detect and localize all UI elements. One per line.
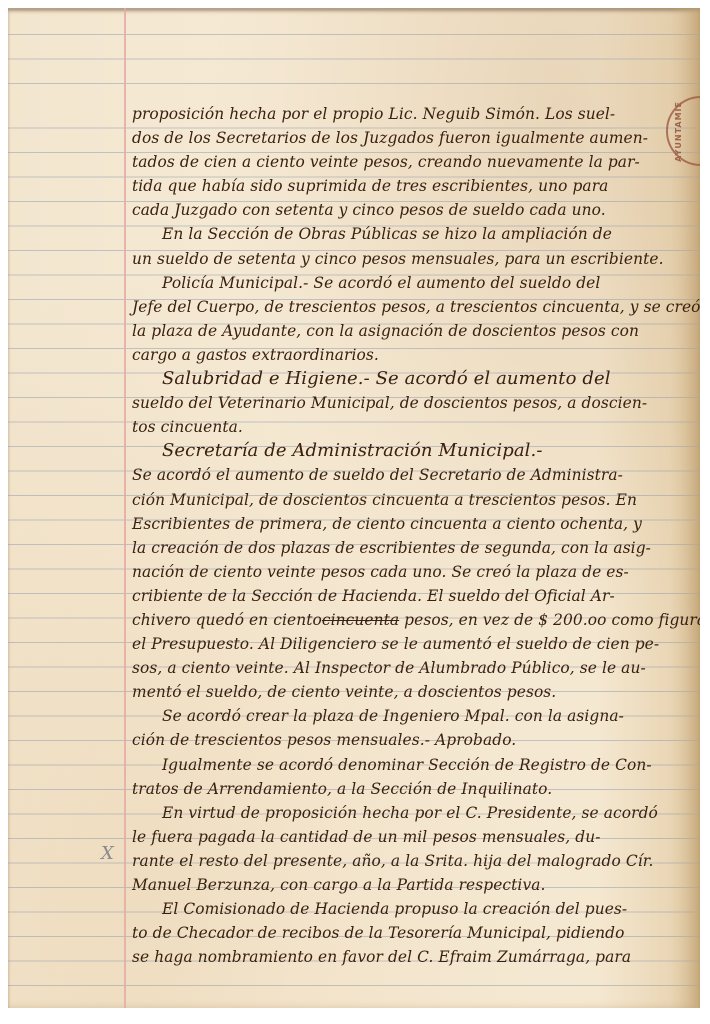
section-heading-secretaria: Secretaría de Administración Municipal.- (132, 439, 692, 463)
margin-x-mark: X (101, 843, 114, 864)
text-line: to de Checador de recibos de la Tesorerí… (132, 921, 692, 945)
text-line: proposición hecha por el propio Lic. Neg… (132, 102, 692, 126)
text-line: Se acordó el aumento de sueldo del Secre… (132, 463, 692, 487)
text-line: El Comisionado de Hacienda propuso la cr… (132, 897, 692, 921)
text-line: el Presupuesto. Al Diligenciero se le au… (132, 632, 692, 656)
text-line: cribiente de la Sección de Hacienda. El … (132, 584, 692, 608)
text-line: En la Sección de Obras Públicas se hizo … (132, 222, 692, 246)
margin-rule (124, 8, 126, 1008)
text-line: Se acordó crear la plaza de Ingeniero Mp… (132, 704, 692, 728)
handwritten-text: proposición hecha por el propio Lic. Neg… (132, 102, 692, 969)
text-line: mentó el sueldo, de ciento veinte, a dos… (132, 680, 692, 704)
text-line: ción Municipal, de doscientos cincuenta … (132, 488, 692, 512)
text-line: nación de ciento veinte pesos cada uno. … (132, 560, 692, 584)
text-line: Manuel Berzunza, con cargo a la Partida … (132, 873, 692, 897)
text-line: tados de cien a ciento veinte pesos, cre… (132, 150, 692, 174)
text-line: Escribientes de primera, de ciento cincu… (132, 512, 692, 536)
text-line: se haga nombramiento en favor del C. Efr… (132, 945, 692, 969)
text-line: le fuera pagada la cantidad de un mil pe… (132, 825, 692, 849)
text-line: tida que había sido suprimida de tres es… (132, 174, 692, 198)
section-heading-policia: Policía Municipal.- Se acordó el aumento… (132, 271, 692, 295)
section-heading-salubridad: Salubridad e Higiene.- Se acordó el aume… (132, 367, 692, 391)
struck-word: cincuenta (322, 611, 399, 629)
text-fragment: pesos, en vez de $ 200.oo como figuraba … (399, 611, 700, 629)
text-line: tratos de Arrendamiento, a la Sección de… (132, 777, 692, 801)
text-line: cada Juzgado con setenta y cinco pesos d… (132, 198, 692, 222)
text-line: Jefe del Cuerpo, de trescientos pesos, a… (132, 295, 692, 319)
text-line: la creación de dos plazas de escribiente… (132, 536, 692, 560)
text-fragment: chivero quedó en ciento (132, 611, 322, 629)
text-line: la plaza de Ayudante, con la asignación … (132, 319, 692, 343)
text-line: un sueldo de setenta y cinco pesos mensu… (132, 247, 692, 271)
text-line: En virtud de proposición hecha por el C.… (132, 801, 692, 825)
text-line: ción de trescientos pesos mensuales.- Ap… (132, 728, 692, 752)
text-line: cargo a gastos extraordinarios. (132, 343, 692, 367)
manuscript-page: AYUNTAMIE X proposición hecha por el pro… (8, 8, 700, 1008)
text-line: sueldo del Veterinario Municipal, de dos… (132, 391, 692, 415)
text-line: rante el resto del presente, año, a la S… (132, 849, 692, 873)
text-line: sos, a ciento veinte. Al Inspector de Al… (132, 656, 692, 680)
text-line: tos cincuenta. (132, 415, 692, 439)
text-line: Igualmente se acordó denominar Sección d… (132, 753, 692, 777)
text-line: dos de los Secretarios de los Juzgados f… (132, 126, 692, 150)
text-line-with-strikethrough: chivero quedó en cientocincuenta pesos, … (132, 608, 692, 632)
